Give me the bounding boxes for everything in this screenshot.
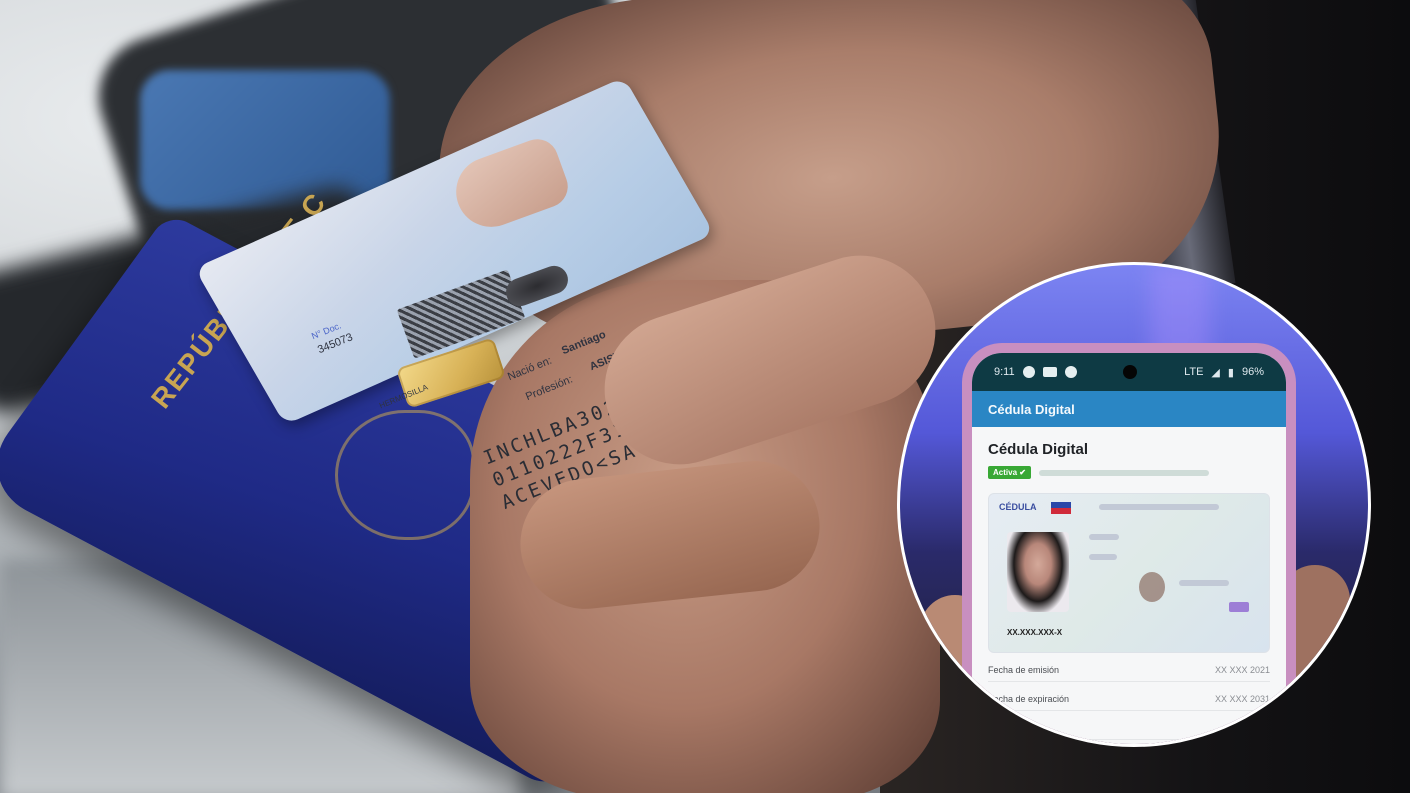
notification-icon [1065,366,1077,378]
message-icon [1043,367,1057,377]
coat-of-arms-emblem [335,410,475,540]
detail-label: Fecha de expiración [988,694,1069,704]
detail-value: XX XXX 2021 [1215,665,1270,675]
app-bar-title: Cédula Digital [988,402,1075,417]
detail-row: Fecha de expiración XX XXX 2031 [988,682,1270,711]
clock: 9:11 [994,366,1015,378]
blurred-text [1089,534,1119,540]
whatsapp-icon [1023,366,1035,378]
battery-icon: ▮ [1228,366,1234,379]
photo-scene: REPÚBLICA DE C N° Doc. 345073 Nació en: … [0,0,1410,793]
card-reader-screen [140,70,390,210]
digital-id-card[interactable]: CÉDULA XX.XXX.XXX-X [988,493,1270,653]
status-badge: Activa ✔ [988,466,1031,479]
signal-icon: ◢ [1211,366,1219,379]
detail-row: Nacionalidad [988,711,1270,740]
blurred-text [1179,580,1229,586]
app-content: Cédula Digital Activa ✔ CÉDULA [972,427,1286,747]
front-camera [1123,365,1137,379]
inset-circle: 9:11 LTE ◢ ▮ 96% Cédula Digital [897,262,1371,747]
detail-label: Fecha de emisión [988,665,1059,675]
detail-label: Nacionalidad [988,723,1040,733]
network-type: LTE [1184,366,1203,378]
detail-value: XX XXX 2031 [1215,694,1270,704]
id-photo [1007,532,1069,612]
card-header: CÉDULA [999,502,1037,512]
ghost-photo [1139,572,1165,602]
security-mark [1229,602,1249,612]
status-text-blurred [1039,470,1209,476]
chile-flag-icon [1051,502,1071,514]
battery-level: 96% [1242,366,1264,378]
status-bar: 9:11 LTE ◢ ▮ 96% [972,353,1286,391]
blurred-text [1089,554,1117,560]
blurred-text [1099,504,1219,510]
smartphone: 9:11 LTE ◢ ▮ 96% Cédula Digital [962,343,1296,747]
detail-row: Fecha de emisión XX XXX 2021 [988,653,1270,682]
run-number: XX.XXX.XXX-X [1007,628,1062,637]
app-bar: Cédula Digital [972,391,1286,427]
phone-screen: 9:11 LTE ◢ ▮ 96% Cédula Digital [972,353,1286,747]
page-title: Cédula Digital [988,441,1270,458]
